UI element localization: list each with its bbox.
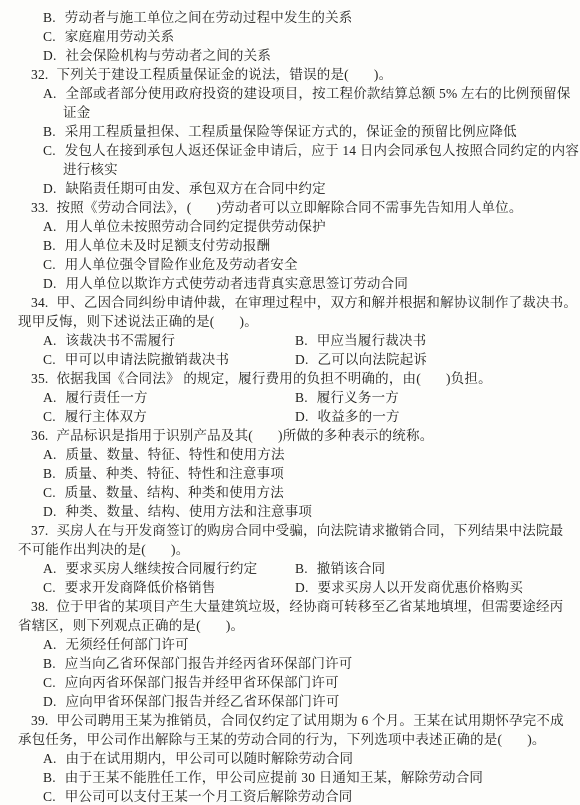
option-line: D.社会保险机构与劳动者之间的关系	[0, 46, 580, 65]
option-text: 履行义务一方	[317, 390, 399, 405]
option-label: D.	[43, 692, 57, 711]
option-label: D.	[43, 274, 57, 293]
option-label: C.	[43, 27, 56, 46]
option-pair-line: A.要求买房人继续按合同履行约定B.撤销该合同	[0, 559, 580, 578]
option-left: C.要求开发商降低价格销售	[43, 580, 215, 595]
option-right: D.乙可以向法院起诉	[295, 350, 427, 369]
option-line: D.用人单位以欺诈方式使劳动者违背真实意思签订劳动合同	[0, 274, 580, 293]
option-line: A.质量、数量、特征、特性和使用方法	[0, 445, 580, 464]
option-label: A.	[43, 635, 57, 654]
line-text: 由于王某不能胜任工作，甲公司应提前 30 日通知王某，解除劳动合同	[65, 770, 483, 785]
option-text: 要求买房人继续按合同履行约定	[66, 561, 258, 576]
option-label: A.	[43, 84, 57, 103]
option-text: 甲可以申请法院撤销裁决书	[65, 352, 229, 367]
option-text: 该裁决书不需履行	[66, 333, 176, 348]
option-line: A.用人单位未按照劳动合同约定提供劳动保护	[0, 217, 580, 236]
option-line: C.用人单位强令冒险作业危及劳动者安全	[0, 255, 580, 274]
question-number: 37.	[31, 521, 48, 540]
option-label: A.	[43, 559, 57, 578]
question-stem: 依据我国《合同法》 的规定，履行费用的负担不明确的，由( )负担。	[56, 371, 491, 386]
exam-scan-page: B.劳动者与施工单位之间在劳动过程中发生的关系C.家庭雇用劳动关系D.社会保险机…	[0, 0, 580, 805]
option-line: D.缺陷责任期可由发、承包双方在合同中约定	[0, 179, 580, 198]
question-number: 35.	[31, 369, 48, 388]
question-line: 33.按照《劳动合同法》，( )劳动者可以立即解除合同不需事先告知用人单位。	[0, 198, 580, 217]
question-stem: 甲、乙因合同纠纷申请仲裁，在审理过程中，双方和解并根据和解协议制作了裁决书。	[56, 295, 577, 310]
question-line: 39.甲公司聘用王某为推销员，合同仅约定了试用期为 6 个月。王某在试用期怀孕完…	[0, 711, 580, 730]
option-line: A.无须经任何部门许可	[0, 635, 580, 654]
question-wrapped-line: 省辖区，则下列观点正确的是( )。	[0, 616, 580, 635]
option-label: B.	[295, 331, 308, 350]
option-right: D.收益多的一方	[295, 407, 400, 426]
question-number: 38.	[31, 597, 48, 616]
question-list: B.劳动者与施工单位之间在劳动过程中发生的关系C.家庭雇用劳动关系D.社会保险机…	[0, 8, 580, 805]
line-text: 全部或者部分使用政府投资的建设项目，按工程价款结算总额 5% 左右的比例预留保	[66, 86, 571, 101]
line-text: 社会保险机构与劳动者之间的关系	[66, 48, 272, 63]
option-left: A.该裁决书不需履行	[43, 333, 175, 348]
option-label: D.	[43, 179, 57, 198]
option-right: B.履行义务一方	[295, 388, 399, 407]
option-text: 履行责任一方	[66, 390, 148, 405]
option-pair-line: C.甲可以申请法院撤销裁决书D.乙可以向法院起诉	[0, 350, 580, 369]
line-text: 不可能作出判决的是( )。	[18, 542, 189, 557]
question-stem: 按照《劳动合同法》，( )劳动者可以立即解除合同不需事先告知用人单位。	[56, 200, 522, 215]
option-line: B.劳动者与施工单位之间在劳动过程中发生的关系	[0, 8, 580, 27]
option-label: B.	[43, 122, 56, 141]
option-label: A.	[43, 331, 57, 350]
option-label: B.	[43, 236, 56, 255]
option-label: A.	[43, 217, 57, 236]
line-text: 用人单位未及时足额支付劳动报酬	[65, 238, 271, 253]
option-label: A.	[43, 388, 57, 407]
line-text: 应当向乙省环保部门报告并经丙省环保部门许可	[65, 656, 353, 671]
line-text: 应向甲省环保部门报告并经乙省环保部门许可	[66, 694, 340, 709]
option-left: A.要求买房人继续按合同履行约定	[43, 561, 257, 576]
option-label: C.	[43, 141, 56, 160]
question-line: 32.下列关于建设工程质量保证金的说法，错误的是( )。	[0, 65, 580, 84]
option-continuation-line: 证金	[0, 103, 580, 122]
option-label: A.	[43, 445, 57, 464]
option-line: C.甲公司可以支付王某一个月工资后解除劳动合同	[0, 787, 580, 805]
option-label: B.	[295, 559, 308, 578]
option-line: B.用人单位未及时足额支付劳动报酬	[0, 236, 580, 255]
option-line: D.应向甲省环保部门报告并经乙省环保部门许可	[0, 692, 580, 711]
question-line: 35.依据我国《合同法》 的规定，履行费用的负担不明确的，由( )负担。	[0, 369, 580, 388]
option-label: C.	[43, 673, 56, 692]
option-right: B.甲应当履行裁决书	[295, 331, 426, 350]
line-text: 用人单位未按照劳动合同约定提供劳动保护	[66, 219, 326, 234]
option-continuation-line: 进行核实	[0, 160, 580, 179]
line-text: 质量、种类、特征、特性和注意事项	[65, 466, 284, 481]
option-label: D.	[295, 407, 309, 426]
question-stem: 位于甲省的某项目产生大量建筑垃圾，经协商可转移至乙省某地填埋，但需要途经丙	[56, 599, 563, 614]
option-line: B.由于王某不能胜任工作，甲公司应提前 30 日通知王某，解除劳动合同	[0, 768, 580, 787]
option-line: C.家庭雇用劳动关系	[0, 27, 580, 46]
line-text: 进行核实	[63, 162, 118, 177]
option-label: C.	[43, 787, 56, 805]
option-label: B.	[43, 654, 56, 673]
option-left: A.履行责任一方	[43, 390, 148, 405]
line-text: 承包任务，甲公司作出解除与王某的劳动合同的行为，下列选项中表述正确的是( )。	[18, 732, 546, 747]
question-number: 36.	[31, 426, 48, 445]
option-label: D.	[43, 502, 57, 521]
option-label: D.	[295, 350, 309, 369]
question-wrapped-line: 现甲反悔，则下述说法正确的是( )。	[0, 312, 580, 331]
line-text: 省辖区，则下列观点正确的是( )。	[18, 618, 244, 633]
option-label: C.	[43, 578, 56, 597]
option-left: C.履行主体双方	[43, 409, 147, 424]
option-label: C.	[43, 407, 56, 426]
question-stem: 产品标识是指用于识别产品及其( )所做的多种表示的统称。	[56, 428, 433, 443]
option-label: A.	[43, 749, 57, 768]
question-wrapped-line: 不可能作出判决的是( )。	[0, 540, 580, 559]
option-text: 收益多的一方	[318, 409, 400, 424]
option-label: B.	[43, 768, 56, 787]
question-wrapped-line: 承包任务，甲公司作出解除与王某的劳动合同的行为，下列选项中表述正确的是( )。	[0, 730, 580, 749]
question-stem: 甲公司聘用王某为推销员，合同仅约定了试用期为 6 个月。王某在试用期怀孕完不成	[56, 713, 563, 728]
question-number: 39.	[31, 711, 48, 730]
option-text: 要求开发商降低价格销售	[65, 580, 216, 595]
option-text: 要求买房人以开发商优惠价格购买	[318, 580, 524, 595]
option-right: B.撤销该合同	[295, 559, 385, 578]
option-line: C.质量、数量、结构、种类和使用方法	[0, 483, 580, 502]
option-line: C.发包人在接到承包人返还保证金申请后，应于 14 日内会同承包人按照合同约定的…	[0, 141, 580, 160]
option-text: 乙可以向法院起诉	[318, 352, 428, 367]
option-line: B.应当向乙省环保部门报告并经丙省环保部门许可	[0, 654, 580, 673]
option-text: 甲应当履行裁决书	[317, 333, 427, 348]
line-text: 现甲反悔，则下述说法正确的是( )。	[18, 314, 258, 329]
option-line: A.由于在试用期内，甲公司可以随时解除劳动合同	[0, 749, 580, 768]
line-text: 质量、数量、结构、种类和使用方法	[65, 485, 284, 500]
option-pair-line: A.该裁决书不需履行B.甲应当履行裁决书	[0, 331, 580, 350]
line-text: 劳动者与施工单位之间在劳动过程中发生的关系	[65, 10, 353, 25]
option-text: 撤销该合同	[317, 561, 386, 576]
option-line: C.应向丙省环保部门报告并经甲省环保部门许可	[0, 673, 580, 692]
question-stem: 下列关于建设工程质量保证金的说法，错误的是( )。	[56, 67, 392, 82]
option-right: D.要求买房人以开发商优惠价格购买	[295, 578, 523, 597]
question-stem: 买房人在与开发商签订的购房合同中受骗，向法院请求撤销合同，下列结果中法院最	[56, 523, 563, 538]
line-text: 无须经任何部门许可	[66, 637, 189, 652]
line-text: 应向丙省环保部门报告并经甲省环保部门许可	[65, 675, 339, 690]
line-text: 由于在试用期内，甲公司可以随时解除劳动合同	[66, 751, 354, 766]
line-text: 用人单位强令冒险作业危及劳动者安全	[65, 257, 298, 272]
line-text: 用人单位以欺诈方式使劳动者违背真实意思签订劳动合同	[66, 276, 409, 291]
line-text: 种类、数量、结构、使用方法和注意事项	[66, 504, 313, 519]
option-label: C.	[43, 350, 56, 369]
option-left: C.甲可以申请法院撤销裁决书	[43, 352, 229, 367]
line-text: 采用工程质量担保、工程质量保险等保证方式的，保证金的预留比例应降低	[65, 124, 517, 139]
line-text: 家庭雇用劳动关系	[65, 29, 175, 44]
option-label: D.	[43, 46, 57, 65]
option-label: B.	[43, 464, 56, 483]
question-line: 34.甲、乙因合同纠纷申请仲裁，在审理过程中，双方和解并根据和解协议制作了裁决书…	[0, 293, 580, 312]
question-line: 38.位于甲省的某项目产生大量建筑垃圾，经协商可转移至乙省某地填埋，但需要途经丙	[0, 597, 580, 616]
line-text: 证金	[63, 105, 90, 120]
option-label: B.	[43, 8, 56, 27]
option-line: D.种类、数量、结构、使用方法和注意事项	[0, 502, 580, 521]
option-label: D.	[295, 578, 309, 597]
line-text: 质量、数量、特征、特性和使用方法	[66, 447, 285, 462]
option-line: B.采用工程质量担保、工程质量保险等保证方式的，保证金的预留比例应降低	[0, 122, 580, 141]
option-label: C.	[43, 255, 56, 274]
option-pair-line: C.要求开发商降低价格销售D.要求买房人以开发商优惠价格购买	[0, 578, 580, 597]
option-label: B.	[295, 388, 308, 407]
option-pair-line: C.履行主体双方D.收益多的一方	[0, 407, 580, 426]
option-pair-line: A.履行责任一方B.履行义务一方	[0, 388, 580, 407]
line-text: 发包人在接到承包人返还保证金申请后，应于 14 日内会同承包人按照合同约定的内容	[65, 143, 579, 158]
option-text: 履行主体双方	[65, 409, 147, 424]
option-label: C.	[43, 483, 56, 502]
question-number: 34.	[31, 293, 48, 312]
question-line: 37.买房人在与开发商签订的购房合同中受骗，向法院请求撤销合同，下列结果中法院最	[0, 521, 580, 540]
question-number: 33.	[31, 198, 48, 217]
option-line: B.质量、种类、特征、特性和注意事项	[0, 464, 580, 483]
option-line: A.全部或者部分使用政府投资的建设项目，按工程价款结算总额 5% 左右的比例预留…	[0, 84, 580, 103]
line-text: 缺陷责任期可由发、承包双方在合同中约定	[66, 181, 326, 196]
question-line: 36.产品标识是指用于识别产品及其( )所做的多种表示的统称。	[0, 426, 580, 445]
question-number: 32.	[31, 65, 48, 84]
line-text: 甲公司可以支付王某一个月工资后解除劳动合同	[65, 789, 353, 804]
